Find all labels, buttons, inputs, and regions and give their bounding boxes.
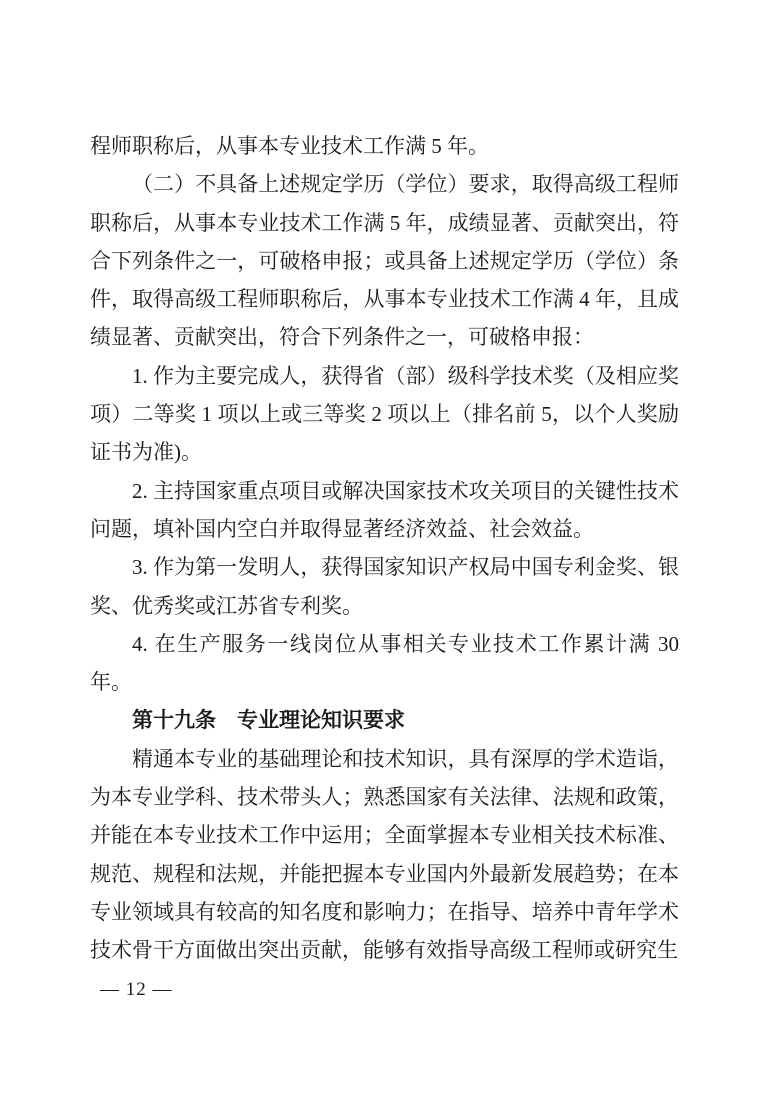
- item-3-paragraph: 3. 作为第一发明人，获得国家知识产权局中国专利金奖、银奖、优秀奖或江苏省专利奖…: [90, 548, 679, 625]
- article-19-heading: 第十九条 专业理论知识要求: [90, 701, 679, 739]
- article-19-body-paragraph: 精通本专业的基础理论和技术知识，具有深厚的学术造诣，为本专业学科、技术带头人；熟…: [90, 740, 679, 970]
- text-block: 程师职称后，从事本专业技术工作满 5 年。 （二）不具备上述规定学历（学位）要求…: [90, 127, 679, 970]
- clause-2-paragraph: （二）不具备上述规定学历（学位）要求，取得高级工程师职称后，从事本专业技术工作满…: [90, 165, 679, 356]
- item-2-paragraph: 2. 主持国家重点项目或解决国家技术攻关项目的关键性技术问题，填补国内空白并取得…: [90, 472, 679, 549]
- item-4-paragraph: 4. 在生产服务一线岗位从事相关专业技术工作累计满 30 年。: [90, 625, 679, 702]
- page-number: — 12 —: [100, 979, 173, 1001]
- paragraph-continuation: 程师职称后，从事本专业技术工作满 5 年。: [90, 127, 679, 165]
- document-page: 程师职称后，从事本专业技术工作满 5 年。 （二）不具备上述规定学历（学位）要求…: [0, 0, 777, 1099]
- item-1-paragraph: 1. 作为主要完成人，获得省（部）级科学技术奖（及相应奖项）二等奖 1 项以上或…: [90, 357, 679, 472]
